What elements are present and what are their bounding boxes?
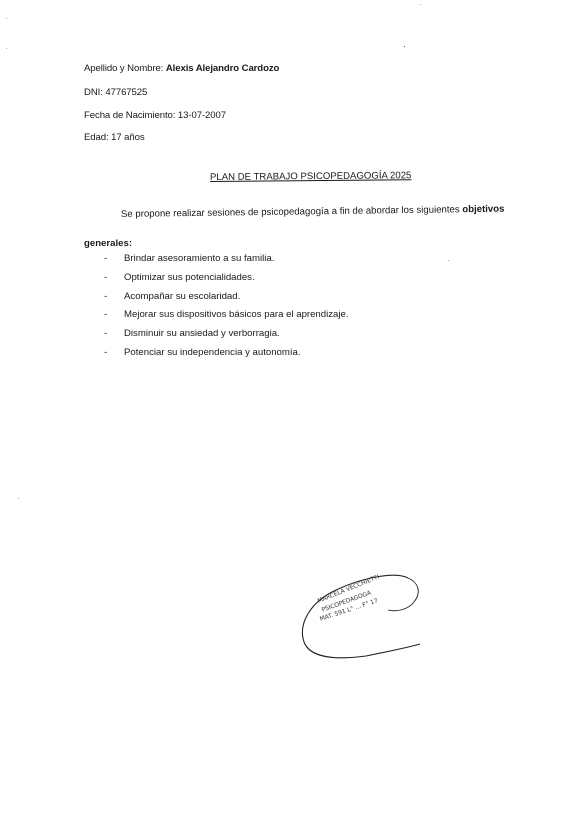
field-birthdate-label: Fecha de Nacimiento:	[84, 110, 178, 121]
scan-speck	[448, 260, 449, 261]
bullet-dash: -	[104, 272, 107, 283]
intro-paragraph-continuation: generales:	[84, 238, 132, 249]
field-dni: DNI: 47767525	[84, 87, 147, 98]
scan-speck	[404, 46, 405, 47]
field-age-label: Edad:	[84, 132, 111, 143]
objective-text: Acompañar su escolaridad.	[124, 291, 240, 302]
intro-colon: :	[129, 238, 132, 249]
intro-bold-generales: generales	[84, 238, 129, 249]
scan-speck	[6, 48, 7, 49]
objective-text: Mejorar sus dispositivos básicos para el…	[124, 309, 349, 320]
scan-speck	[420, 4, 421, 5]
field-name-label: Apellido y Nombre:	[84, 63, 166, 74]
bullet-dash: -	[104, 291, 107, 302]
objective-text: Potenciar su independencia y autonomía.	[124, 347, 301, 358]
objective-text: Brindar asesoramiento a su familia.	[124, 253, 274, 264]
bullet-dash: -	[104, 347, 107, 358]
field-dni-value: 47767525	[105, 87, 147, 98]
bullet-dash: -	[104, 253, 107, 264]
field-dni-label: DNI:	[84, 87, 105, 98]
field-name-value: Alexis Alejandro Cardozo	[166, 63, 279, 74]
intro-paragraph: Se propone realizar sesiones de psicoped…	[121, 204, 505, 220]
field-age-value: 17 años	[111, 132, 144, 143]
intro-text: Se propone realizar sesiones de psicoped…	[121, 204, 462, 220]
scan-speck	[18, 498, 19, 499]
field-birthdate: Fecha de Nacimiento: 13-07-2007	[84, 110, 226, 121]
scan-speck	[6, 18, 7, 19]
field-name: Apellido y Nombre: Alexis Alejandro Card…	[84, 63, 279, 74]
objective-text: Optimizar sus potencialidades.	[124, 272, 255, 283]
field-age: Edad: 17 años	[84, 132, 145, 143]
signature-stamp: MARCELA VECCHIETTI PSICOPEDAGOGA MAT. 59…	[296, 572, 428, 662]
document-title: PLAN DE TRABAJO PSICOPEDAGOGÍA 2025	[210, 170, 411, 183]
objective-text: Disminuir su ansiedad y verborragia.	[124, 328, 280, 339]
bullet-dash: -	[104, 309, 107, 320]
field-birthdate-value: 13-07-2007	[178, 110, 226, 121]
bullet-dash: -	[104, 328, 107, 339]
intro-bold-objetivos: objetivos	[462, 204, 504, 216]
document-page: Apellido y Nombre: Alexis Alejandro Card…	[0, 0, 578, 824]
